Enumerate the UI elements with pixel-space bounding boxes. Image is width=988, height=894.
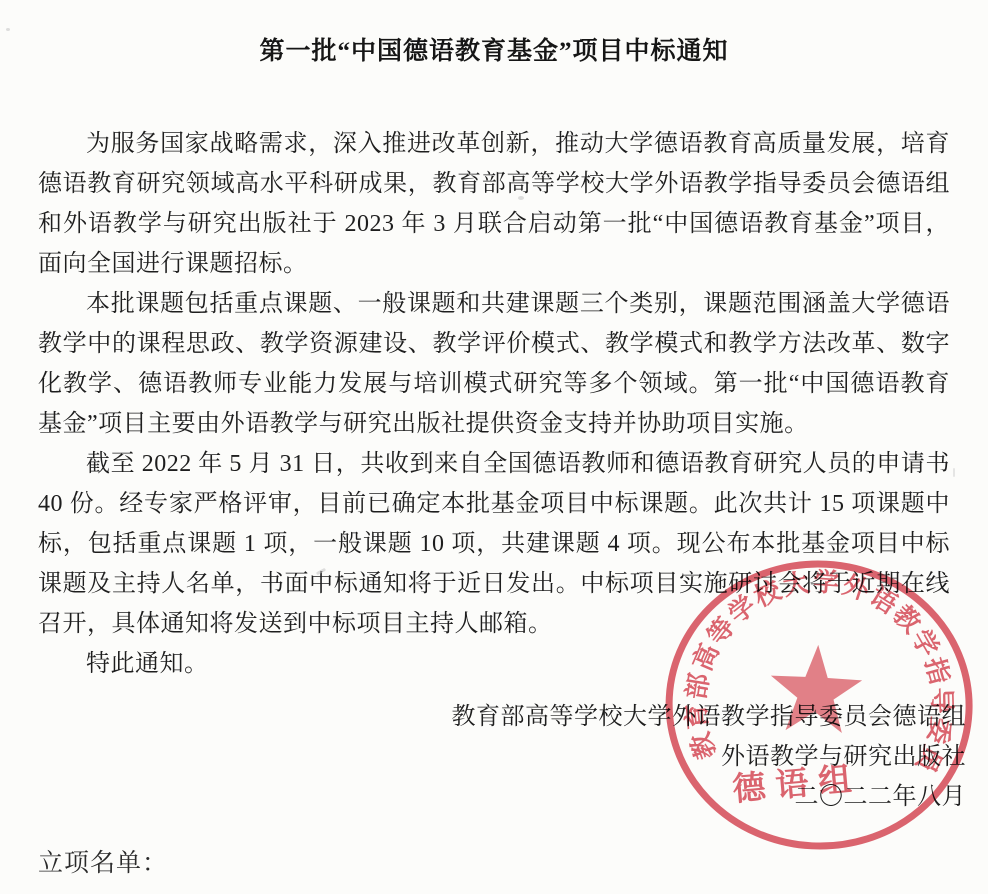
- body-paragraph: 为服务国家战略需求，深入推进改革创新，推动大学德语教育高质量发展，培育德语教育研…: [38, 124, 950, 284]
- seal-ring-text: 教育部高等学校大学外语教学指导委员会: [650, 550, 965, 780]
- scan-artifact: [6, 28, 10, 31]
- seal-center-text: 德语组: [731, 760, 863, 808]
- scan-artifact: [518, 196, 524, 200]
- scanned-notice-page: 第一批“中国德语教育基金”项目中标通知 为服务国家战略需求，深入推进改革创新，推…: [0, 0, 988, 894]
- scan-artifact: [953, 468, 955, 477]
- official-seal: 教育部高等学校大学外语教学指导委员会 德语组: [650, 550, 987, 864]
- project-list-heading: 立项名单：: [38, 843, 168, 879]
- body-paragraph: 本批课题包括重点课题、一般课题和共建课题三个类别，课题范围涵盖大学德语教学中的课…: [38, 284, 950, 444]
- page-title: 第一批“中国德语教育基金”项目中标通知: [38, 30, 950, 74]
- seal-star-icon: [768, 642, 864, 733]
